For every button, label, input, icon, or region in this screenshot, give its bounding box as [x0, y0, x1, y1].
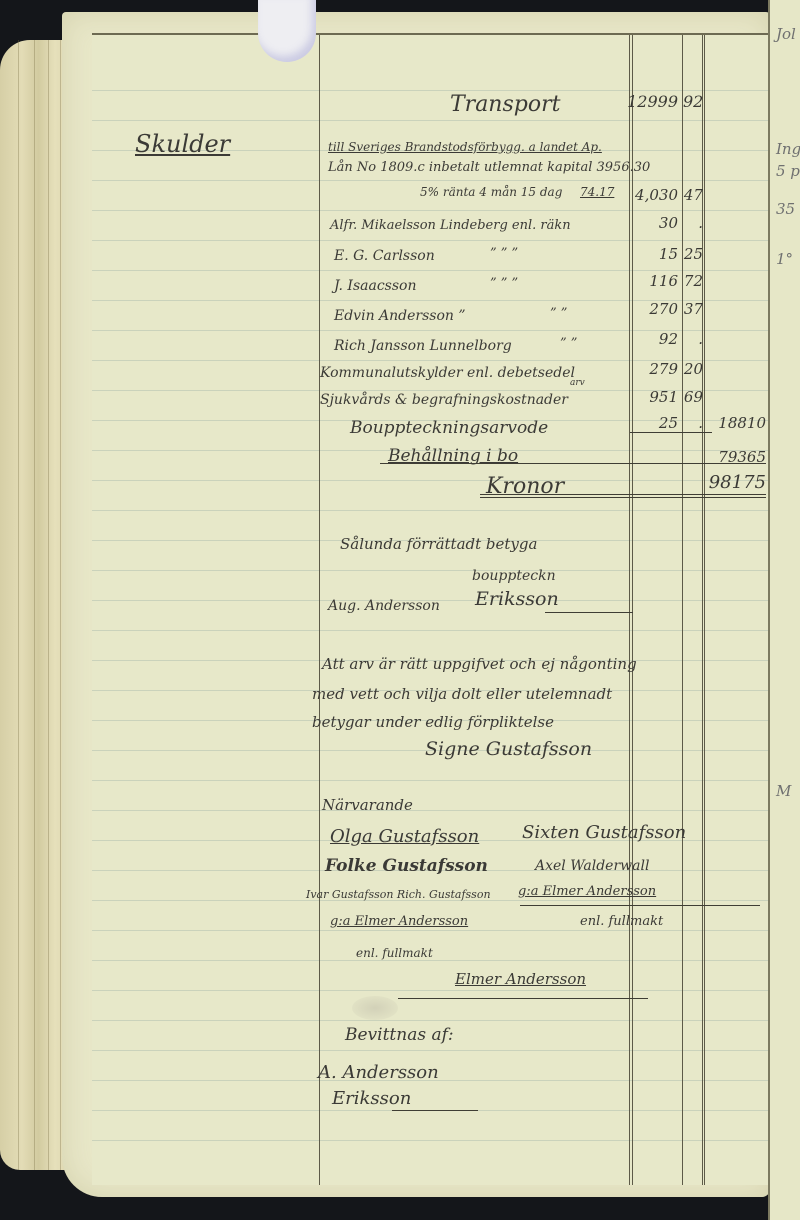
margin-heading: Skulder	[135, 130, 230, 158]
signer-2: Eriksson	[475, 588, 559, 610]
entry-text: Rich Jansson Lunnelborg	[334, 338, 512, 354]
entry-text: Bouppteckningsarvode	[350, 418, 548, 438]
entry-text: Edvin Andersson ”	[334, 308, 466, 324]
ink-smudge	[352, 996, 398, 1020]
right-page-fragment: 35	[776, 200, 795, 218]
entry-ore: .	[683, 214, 703, 232]
witness-name: Olga Gustafsson	[330, 826, 479, 847]
oath-line-2: med vett och vilja dolt eller utelemnadt	[312, 685, 612, 703]
witness-name: Folke Gustafsson	[325, 856, 488, 876]
loan-line-1: till Sveriges Brandstodsförbygg. a lande…	[328, 140, 602, 154]
entry-kronor: 279	[630, 360, 678, 378]
entry-ore: 69	[683, 388, 703, 406]
ditto-marks: ” ”	[550, 306, 567, 321]
loan-interest: 74.17	[580, 185, 614, 199]
entry-kronor: 30	[630, 214, 678, 232]
witness-name: g:a Elmer Andersson	[330, 914, 468, 929]
entry-ore: 72	[683, 272, 703, 290]
entry-ore: .	[683, 414, 703, 432]
right-page-fragment: 5 p	[776, 162, 800, 180]
witness-name: Axel Walderwall	[535, 858, 649, 874]
entry-kronor: 92	[630, 330, 678, 348]
witness-signature: Elmer Andersson	[455, 970, 586, 988]
right-page-fragment: 1°	[776, 250, 793, 268]
entry-text: J. Isaacsson	[334, 278, 417, 294]
witness-name: Sixten Gustafsson	[522, 822, 686, 843]
entry-ore: .	[683, 330, 703, 348]
loan-line-3: 5% ränta 4 mån 15 dag	[420, 185, 562, 199]
right-page-fragment: Ing	[776, 140, 800, 158]
witness-name: enl. fullmakt	[580, 914, 663, 929]
right-page-fragment: M	[776, 782, 791, 800]
paper-clip	[258, 0, 316, 62]
certifier-1: A. Andersson	[318, 1062, 439, 1083]
oath-signer: Signe Gustafsson	[425, 738, 592, 760]
witness-name: Ivar Gustafsson Rich. Gustafsson	[306, 888, 491, 901]
witness-name: g:a Elmer Andersson	[518, 884, 656, 899]
ditto-marks: ” ”	[560, 336, 577, 351]
kronor-total: 98175	[706, 472, 766, 493]
ditto-marks: ” ” ”	[490, 246, 518, 261]
entry-text: Kommunalutskylder enl. debetsedel	[320, 365, 575, 381]
right-page-fragment: Jol	[776, 25, 796, 43]
entry-superscript: arv	[570, 378, 585, 388]
entry-kronor: 270	[630, 300, 678, 318]
attestation-line-1: Sålunda förrättadt betyga	[340, 535, 537, 553]
entry-ore: 25	[683, 245, 703, 263]
transport-kronor: 12999	[622, 92, 678, 111]
transport-label: Transport	[450, 92, 560, 117]
kronor-label: Kronor	[486, 474, 564, 499]
entry-ore: 20	[683, 360, 703, 378]
entry-kronor: 25	[630, 414, 678, 432]
entry-kronor: 15	[630, 245, 678, 263]
signer-1: Aug. Andersson	[328, 598, 440, 614]
attestation-line-2: bouppteckn	[472, 568, 556, 584]
entry-text: E. G. Carlsson	[334, 248, 435, 264]
facing-page-edge: Jol Ing 5 p 35 1° M	[768, 0, 800, 1220]
entry-kronor: 951	[630, 388, 678, 406]
oath-line-1: Att arv är rätt uppgifvet och ej någonti…	[322, 655, 637, 673]
debts-total: 18810	[712, 414, 766, 432]
certifier-2: Eriksson	[332, 1088, 411, 1109]
oath-line-3: betygar under edlig förpliktelse	[312, 713, 554, 731]
loan-kronor: 4,030	[630, 186, 678, 204]
entry-text: Alfr. Mikaelsson Lindeberg enl. räkn	[330, 218, 571, 233]
loan-line-2: Lån No 1809.c inbetalt utlemnat kapital …	[328, 160, 650, 175]
witnesses-label: Närvarande	[322, 796, 413, 814]
transport-ore: 92	[683, 92, 703, 111]
entry-text: Sjukvårds & begrafningskostnader	[320, 392, 568, 408]
entry-ore: 37	[683, 300, 703, 318]
certification-label: Bevittnas af:	[345, 1025, 454, 1045]
loan-ore: 47	[683, 186, 703, 204]
entry-kronor: 116	[630, 272, 678, 290]
ditto-marks: ” ” ”	[490, 276, 518, 291]
witness-name: enl. fullmakt	[356, 946, 433, 960]
